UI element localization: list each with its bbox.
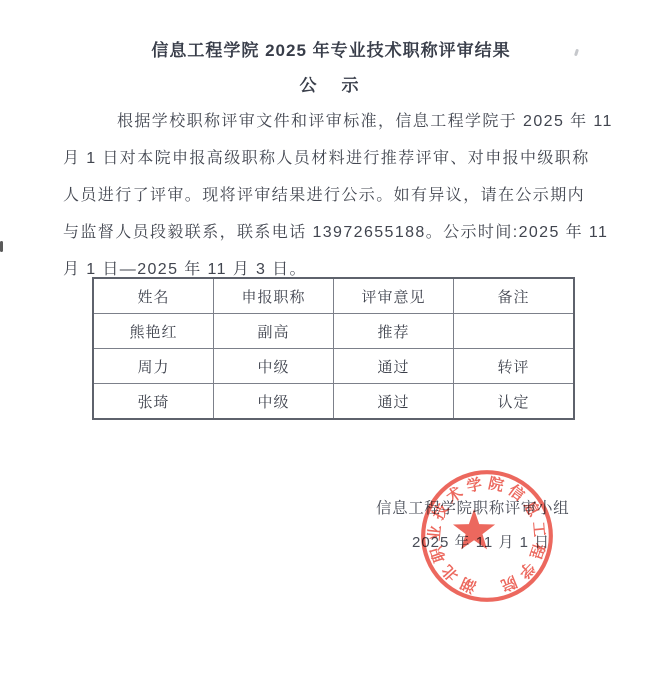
cell-name: 熊艳红 bbox=[93, 314, 214, 349]
table-row: 周力 中级 通过 转评 bbox=[93, 349, 574, 384]
col-header-review-opinion: 评审意见 bbox=[334, 278, 454, 314]
col-header-remarks: 备注 bbox=[454, 278, 575, 314]
cell-remarks bbox=[454, 314, 575, 349]
cell-applied-title: 中级 bbox=[214, 384, 334, 420]
col-header-name: 姓名 bbox=[93, 278, 214, 314]
cell-review-opinion: 通过 bbox=[334, 349, 454, 384]
results-table: 姓名 申报职称 评审意见 备注 熊艳红 副高 推荐 周力 中级 通过 转评 张琦… bbox=[92, 277, 575, 420]
cell-name: 周力 bbox=[93, 349, 214, 384]
cell-review-opinion: 通过 bbox=[334, 384, 454, 420]
notice-body: 根据学校职称评审文件和评审标准，信息工程学院于 2025 年 11 月 1 日对… bbox=[63, 103, 601, 288]
cell-applied-title: 中级 bbox=[214, 349, 334, 384]
body-line-1: 根据学校职称评审文件和评审标准，信息工程学院于 2025 年 11 bbox=[63, 103, 601, 140]
cell-applied-title: 副高 bbox=[214, 314, 334, 349]
body-line-3: 人员进行了评审。现将评审结果进行公示。如有异议，请在公示期内 bbox=[63, 177, 601, 214]
signature-line: 信息工程学院职称评审小组 bbox=[376, 496, 569, 518]
cell-review-opinion: 推荐 bbox=[334, 314, 454, 349]
table-row: 张琦 中级 通过 认定 bbox=[93, 384, 574, 420]
cell-name: 张琦 bbox=[93, 384, 214, 420]
cell-remarks: 认定 bbox=[454, 384, 575, 420]
col-header-applied-title: 申报职称 bbox=[214, 278, 334, 314]
table-row: 熊艳红 副高 推荐 bbox=[93, 314, 574, 349]
body-line-4: 与监督人员段毅联系，联系电话 13972655188。公示时间:2025 年 1… bbox=[63, 214, 601, 251]
document-page: 信息工程学院 2025 年专业技术职称评审结果 公 示 根据学校职称评审文件和评… bbox=[0, 0, 662, 675]
scan-artifact bbox=[0, 241, 3, 252]
cell-remarks: 转评 bbox=[454, 349, 575, 384]
body-line-2: 月 1 日对本院申报高级职称人员材料进行推荐评审、对申报中级职称 bbox=[63, 140, 601, 177]
date-line: 2025 年 11 月 1 日 bbox=[412, 531, 550, 552]
notice-heading: 公 示 bbox=[0, 71, 662, 96]
table-header-row: 姓名 申报职称 评审意见 备注 bbox=[93, 278, 574, 314]
page-title: 信息工程学院 2025 年专业技术职称评审结果 bbox=[0, 36, 662, 61]
